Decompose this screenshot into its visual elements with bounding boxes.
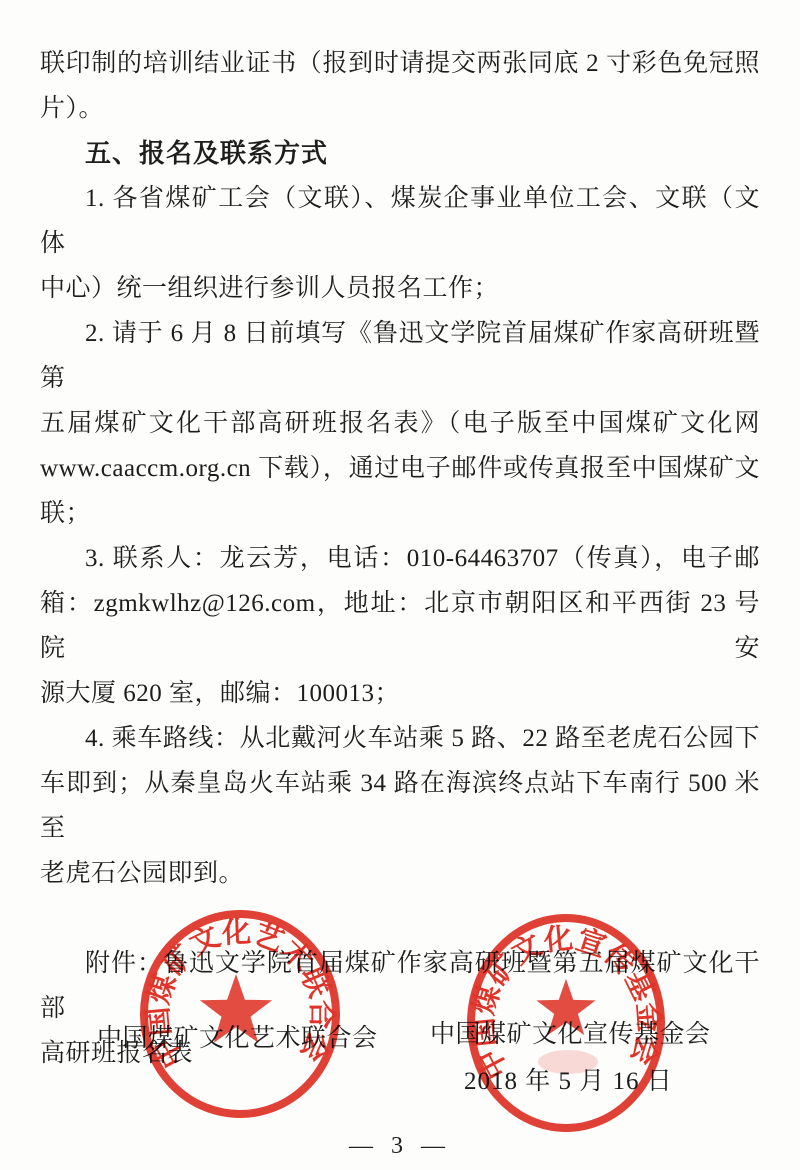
page-number: — 3 —: [0, 1133, 800, 1160]
text-line: 联；: [40, 491, 760, 536]
text-line: 老虎石公园即到。: [40, 851, 760, 896]
text-line: 联印制的培训结业证书（报到时请提交两张同底 2 寸彩色免冠照: [40, 41, 760, 86]
document-page: { "page": { "page_number": "— 3 —" }, "d…: [0, 0, 800, 1170]
text-line: 五届煤矿文化干部高研班报名表》（电子版至中国煤矿文化网: [40, 401, 760, 446]
seal-smudge: [538, 1050, 598, 1074]
text-line: 3. 联系人：龙云芳，电话：010-64463707（传真），电子邮: [40, 536, 760, 581]
text-line: 1. 各省煤矿工会（文联）、煤炭企事业单位工会、文联（文体: [40, 176, 760, 266]
text-line: 4. 乘车路线：从北戴河火车站乘 5 路、22 路至老虎石公园下: [40, 716, 760, 761]
text-line: 源大厦 620 室，邮编：100013；: [40, 671, 760, 716]
star-icon: [200, 974, 272, 1043]
official-seal-left: 中国煤矿文化艺术联合会: [130, 904, 350, 1124]
text-line: 2. 请于 6 月 8 日前填写《鲁迅文学院首届煤矿作家高研班暨第: [40, 311, 760, 401]
text-line: 车即到；从秦皇岛火车站乘 34 路在海滨终点站下车南行 500 米至: [40, 761, 760, 851]
official-seal-right: 中国煤矿文化宣传基金会: [456, 910, 676, 1136]
text-line: 中心）统一组织进行参训人员报名工作；: [40, 266, 760, 311]
text-line: 箱：zgmkwlhz@126.com，地址：北京市朝阳区和平西街 23 号院安: [40, 581, 760, 671]
text-line: www.caaccm.org.cn 下载），通过电子邮件或传真报至中国煤矿文: [40, 446, 760, 491]
section-heading: 五、报名及联系方式: [40, 131, 760, 176]
text-line: 片）。: [40, 86, 760, 131]
star-icon: [536, 979, 595, 1035]
